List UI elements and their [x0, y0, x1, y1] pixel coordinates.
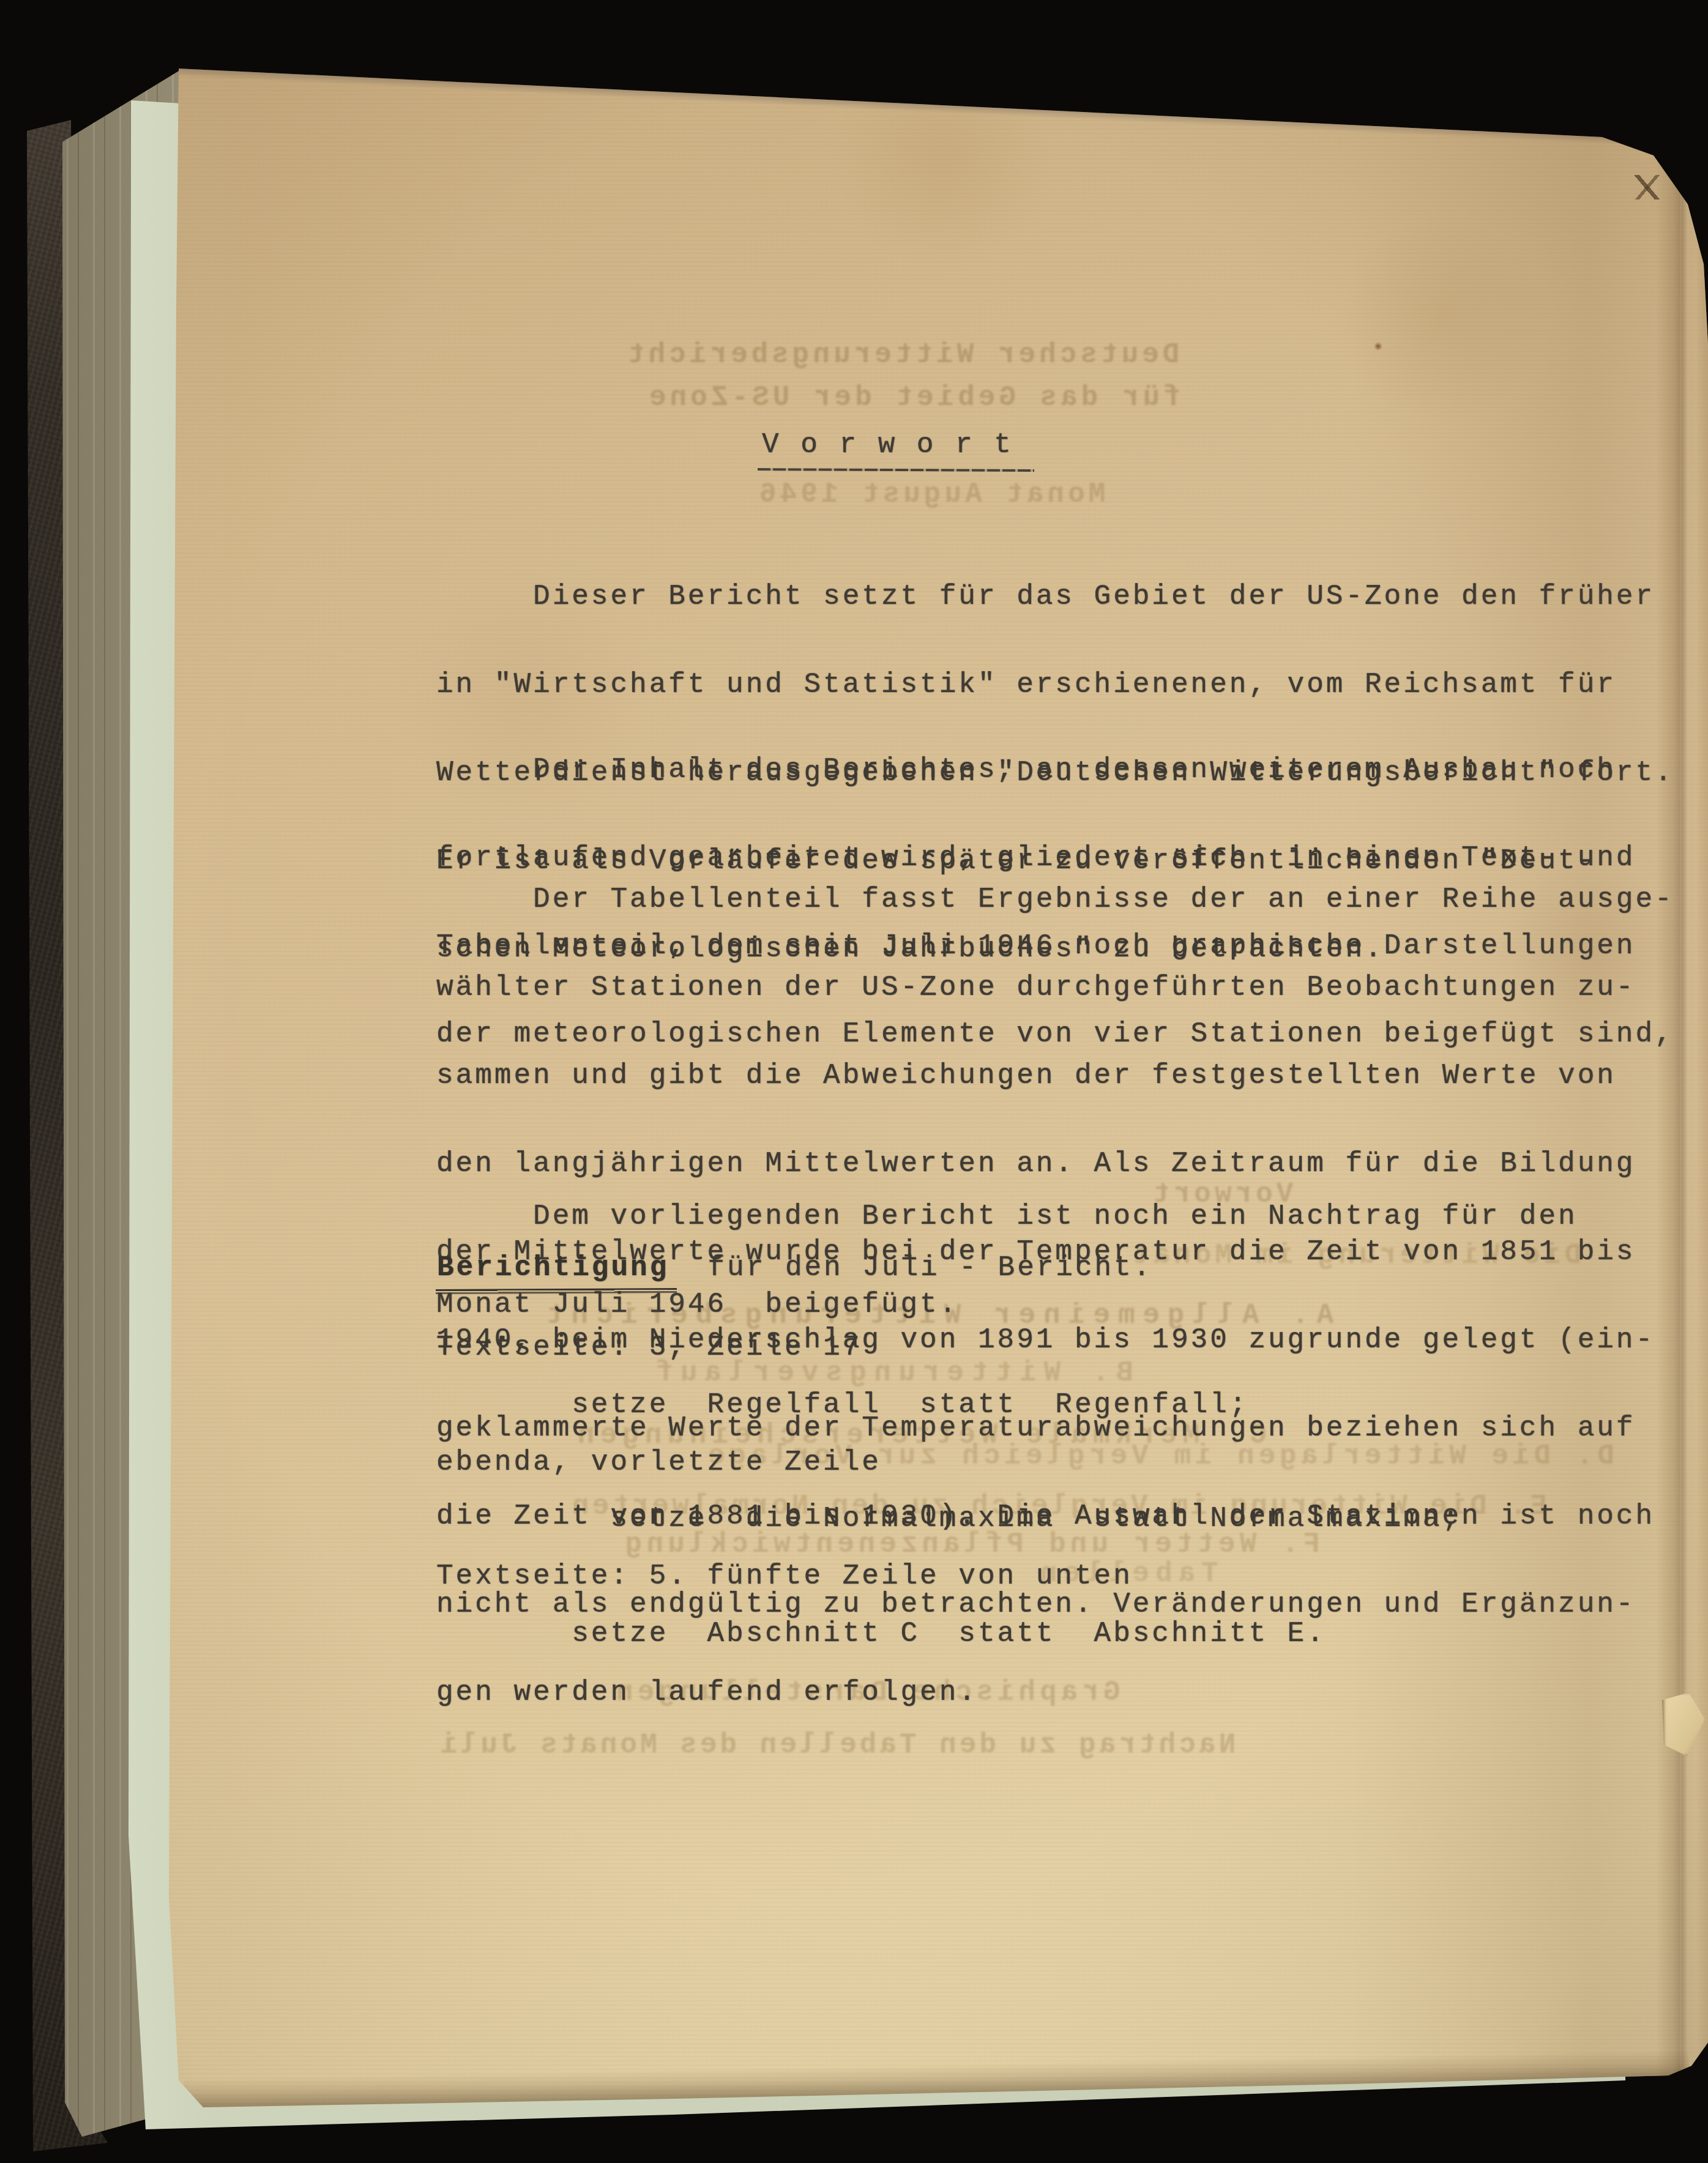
text-line: Er ist als Vorläufer des später zu veröf…: [436, 846, 1674, 876]
text-line: geklammerte Werte der Temperaturabweichu…: [436, 1413, 1674, 1443]
bleed-through-line: für das Gebiet der US-Zone: [646, 383, 1180, 412]
bleed-through-line: Monat August 1946: [756, 480, 1105, 509]
paragraph-3: Der Tabellenteil fasst Ergebnisse der an…: [436, 826, 1674, 1766]
text-line: wählter Stationen der US-Zone durchgefüh…: [436, 973, 1674, 1002]
bleed-through-line: F. Wetter und Pflanzenentwicklung: [621, 1530, 1320, 1559]
text-line: in "Wirtschaft und Statistik" erschienen…: [436, 670, 1674, 699]
title-underline: [758, 468, 1034, 472]
correction-line: Textseite: 3, Zeile 17: [436, 1333, 862, 1362]
correction-line: setze die Normalmaxima statt Normalmaxim…: [436, 1504, 1461, 1533]
bleed-through-line: Tabellen: [1034, 1559, 1218, 1588]
text-line: die Zeit von 1881 bis 1930). Die Auswahl…: [436, 1502, 1674, 1531]
text-line: Dieser Bericht setzt für das Gebiet der …: [436, 582, 1674, 611]
bleed-through-line: Graphische Darstellungen: [612, 1678, 1121, 1707]
text-line: 1940, beim Niederschlag von 1891 bis 193…: [436, 1325, 1674, 1355]
scanned-book-photo: Deutscher Witterungsbericht für das Gebi…: [0, 0, 1708, 2163]
bleed-through-line: Vorwort: [1149, 1180, 1293, 1209]
text-line: Wetterdienst herausgegebenen "Deutschen …: [436, 758, 1674, 787]
correction-line: setze Regelfall statt Regenfall;: [436, 1390, 1248, 1420]
bleed-through-line: Nachtrag zu den Tabellen des Monats Juli: [438, 1730, 1236, 1760]
correction-heading: Berichtigung für den Juli - Bericht.: [437, 1253, 1152, 1283]
correction-line: setze Abschnitt C statt Abschnitt E.: [436, 1619, 1326, 1648]
text-line: fortlaufend gearbeitet wird, gliedert si…: [436, 843, 1674, 873]
text-line: den langjährigen Mittelwerten an. Als Ze…: [436, 1149, 1674, 1178]
paragraph-4: Dem vorliegenden Bericht ist noch ein Na…: [436, 1143, 1578, 1378]
bleed-through-line: A. Allgemeiner Witterungsbericht: [539, 1301, 1333, 1330]
text-line: sammen und gibt die Abweichungen der fes…: [436, 1061, 1674, 1090]
bleed-through-line: B. Witterungsverlauf: [649, 1358, 1133, 1388]
scanned-page: Deutscher Witterungsbericht für das Gebi…: [0, 0, 1708, 2163]
right-crease: [1656, 73, 1699, 2093]
bleed-through-line: C. Merkmale Wettererscheinungen: [572, 1421, 1267, 1450]
text-line: schen Meteorologischen Jahrbuches" zu be…: [436, 934, 1674, 964]
text-line: Der Inhalt des Berichtes, an dessen weit…: [436, 755, 1674, 784]
bleed-through-line: Deutscher Witterungsbericht: [624, 340, 1179, 370]
bleed-through-line: Die Witterung im Monat: [1129, 1241, 1581, 1270]
text-line: Monat Juli 1946 beigefügt.: [436, 1290, 1578, 1319]
text-line: Dem vorliegenden Bericht ist noch ein Na…: [436, 1202, 1578, 1231]
bleed-through-line: D. Die Witterlagen im Vergleich zur Vorl…: [704, 1442, 1614, 1471]
typed-text-layer: V o r w o r t Dieser Bericht setzt für d…: [0, 0, 1708, 2163]
paragraph-1: Dieser Bericht setzt für das Gebiet der …: [436, 523, 1674, 1022]
text-line: nicht als endgültig zu betrachten. Verän…: [436, 1590, 1674, 1619]
page-title: V o r w o r t: [762, 430, 1013, 460]
text-line: Tabellenteil, dem seit Juli 1946 noch gr…: [436, 931, 1674, 961]
text-line: der Mittelwerte wurde bei der Temperatur…: [436, 1237, 1674, 1267]
paper-stitch-mark: [1632, 175, 1663, 199]
bleed-through-line: E. Die Witterung im Vergleich zu den Nor…: [569, 1492, 1547, 1521]
text-line: gen werden laufend erfolgen.: [436, 1678, 1674, 1707]
correction-heading-rest: für den Juli - Bericht.: [669, 1252, 1152, 1284]
correction-heading-underline: [436, 1288, 677, 1294]
correction-line: ebenda, vorletzte Zeile: [436, 1448, 881, 1477]
text-line: der meteorologischen Elemente von vier S…: [436, 1019, 1674, 1049]
paragraph-2: Der Inhalt des Berichtes, an dessen weit…: [436, 696, 1674, 1108]
right-fold: [1682, 122, 1708, 2068]
text-line: Der Tabellenteil fasst Ergebnisse der an…: [436, 885, 1674, 914]
page-top-edge-shadow: [160, 60, 1708, 149]
correction-heading-word: Berichtigung: [437, 1252, 669, 1284]
correction-line: Textseite: 5. fünfte Zeile von unten: [436, 1562, 1133, 1591]
